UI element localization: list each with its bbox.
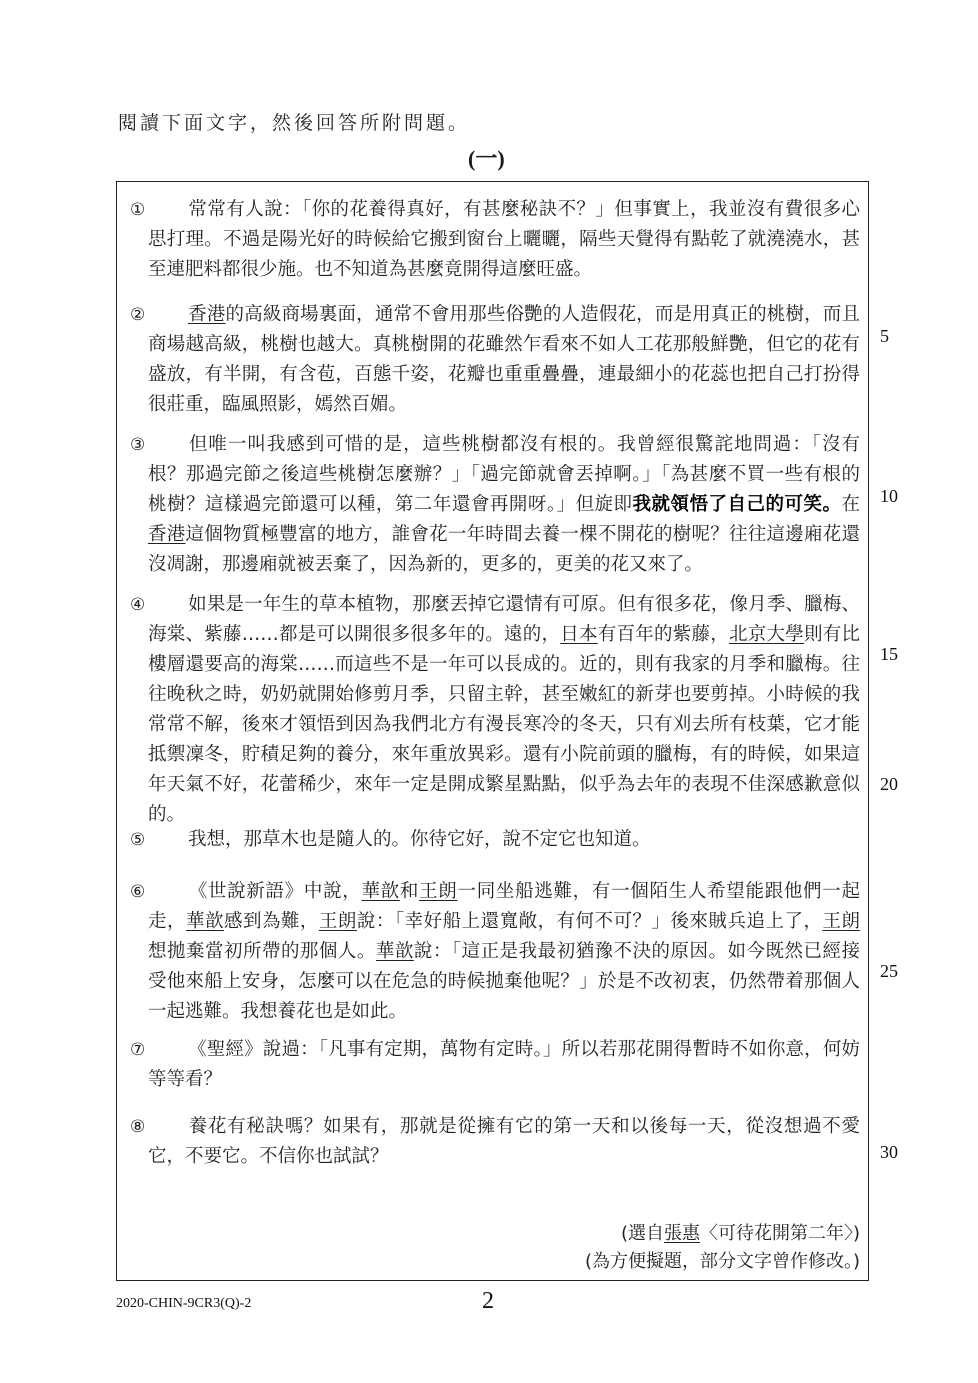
paragraph-text: 在 — [841, 494, 860, 515]
source-citation: (選自張惠〈可待花開第二年〉) (為方便擬題，部分文字曾作修改。) — [360, 1220, 860, 1276]
paragraph-marker: ⑧ — [130, 1112, 145, 1142]
line-number-25: 25 — [880, 961, 898, 982]
proper-noun: 王朗 — [822, 911, 860, 932]
paragraph-marker: ⑦ — [130, 1035, 145, 1065]
paragraph-marker: ① — [130, 195, 145, 225]
paper-code: 2020-CHIN-9CR3(Q)-2 — [116, 1296, 251, 1312]
instruction-text: 閱讀下面文字，然後回答所附問題。 — [118, 108, 470, 135]
paragraph-marker: ⑥ — [130, 877, 145, 907]
proper-noun: 日本 — [560, 624, 598, 645]
line-number-20: 20 — [880, 774, 898, 795]
paragraph-text: 和 — [400, 881, 419, 902]
paragraph-text: 則有比樓層還要高的海棠……而這些不是一年可以長成的。近的，則有我家的月季和臘梅。… — [148, 624, 860, 825]
proper-noun: 北京大學 — [729, 624, 804, 645]
proper-noun: 王朗 — [319, 911, 357, 932]
paragraph-text: 《世說新語》中說， — [188, 881, 361, 902]
source-line: (選自張惠〈可待花開第二年〉) — [360, 1220, 860, 1248]
line-number-10: 10 — [880, 486, 898, 507]
page-number: 2 — [482, 1288, 494, 1315]
paragraph-text: 這個物質極豐富的地方，誰會花一年時間去養一棵不開花的樹呢？往往這邊廂花還沒凋謝，… — [148, 524, 860, 575]
paragraph-marker: ⑤ — [130, 825, 145, 855]
paragraph-text: 我想，那草木也是隨人的。你待它好，說不定它也知道。 — [188, 829, 651, 850]
source-title: 〈可待花開第二年〉) — [700, 1223, 860, 1244]
proper-noun: 華歆 — [376, 941, 414, 962]
paragraph-marker: ② — [130, 300, 145, 330]
emphasized-text: 我就領悟了自己的可笑。 — [633, 494, 842, 515]
paragraph-5: ⑤我想，那草木也是隨人的。你待它好，說不定它也知道。 — [148, 825, 860, 855]
line-number-5: 5 — [880, 326, 889, 347]
proper-noun: 香港 — [188, 304, 226, 325]
paragraph-2: ②香港的高級商場裏面，通常不會用那些俗艷的人造假花，而是用真正的桃樹，而且商場越… — [148, 300, 860, 420]
paragraph-text: 有百年的紫藤， — [598, 624, 729, 645]
paragraph-text: 說：「幸好船上還寬敞，有何不可？」後來賊兵追上了， — [357, 911, 823, 932]
paragraph-text: 想拋棄當初所帶的那個人。 — [148, 941, 376, 962]
paragraph-marker: ④ — [130, 590, 145, 620]
proper-noun: 華歆 — [361, 881, 399, 902]
source-note: (為方便擬題，部分文字曾作修改。) — [360, 1248, 860, 1276]
paragraph-text: 養花有秘訣嗎？如果有，那就是從擁有它的第一天和以後每一天，從沒想過不愛它，不要它… — [148, 1116, 860, 1167]
paragraph-4: ④如果是一年生的草本植物，那麼丟掉它還情有可原。但有很多花，像月季、臘梅、海棠、… — [148, 590, 860, 830]
proper-noun: 王朗 — [419, 881, 457, 902]
source-prefix: (選自 — [621, 1223, 664, 1244]
paragraph-text: 感到為難， — [224, 911, 319, 932]
paragraph-1: ①常常有人說：「你的花養得真好，有甚麼秘訣不？」但事實上，我並沒有費很多心思打理… — [148, 195, 860, 285]
section-title: (一) — [468, 142, 505, 173]
proper-noun: 香港 — [148, 524, 186, 545]
paragraph-7: ⑦《聖經》說過：「凡事有定期，萬物有定時。」所以若那花開得暫時不如你意，何妨等等… — [148, 1035, 860, 1095]
paragraph-text: 的高級商場裏面，通常不會用那些俗艷的人造假花，而是用真正的桃樹，而且商場越高級，… — [148, 304, 860, 415]
paragraph-marker: ③ — [130, 430, 145, 460]
line-number-30: 30 — [880, 1142, 898, 1163]
proper-noun: 華歆 — [186, 911, 224, 932]
paragraph-text: 常常有人說：「你的花養得真好，有甚麼秘訣不？」但事實上，我並沒有費很多心思打理。… — [148, 199, 860, 280]
paragraph-8: ⑧養花有秘訣嗎？如果有，那就是從擁有它的第一天和以後每一天，從沒想過不愛它，不要… — [148, 1112, 860, 1172]
paragraph-6: ⑥《世說新語》中說，華歆和王朗一同坐船逃難，有一個陌生人希望能跟他們一起走，華歆… — [148, 877, 860, 1027]
paragraph-text: 《聖經》說過：「凡事有定期，萬物有定時。」所以若那花開得暫時不如你意，何妨等等看… — [148, 1039, 860, 1090]
paragraph-3: ③但唯一叫我感到可惜的是，這些桃樹都沒有根的。我曾經很驚詫地問過：「沒有根？那過… — [148, 430, 860, 580]
line-number-15: 15 — [880, 644, 898, 665]
source-author: 張惠 — [664, 1223, 700, 1244]
